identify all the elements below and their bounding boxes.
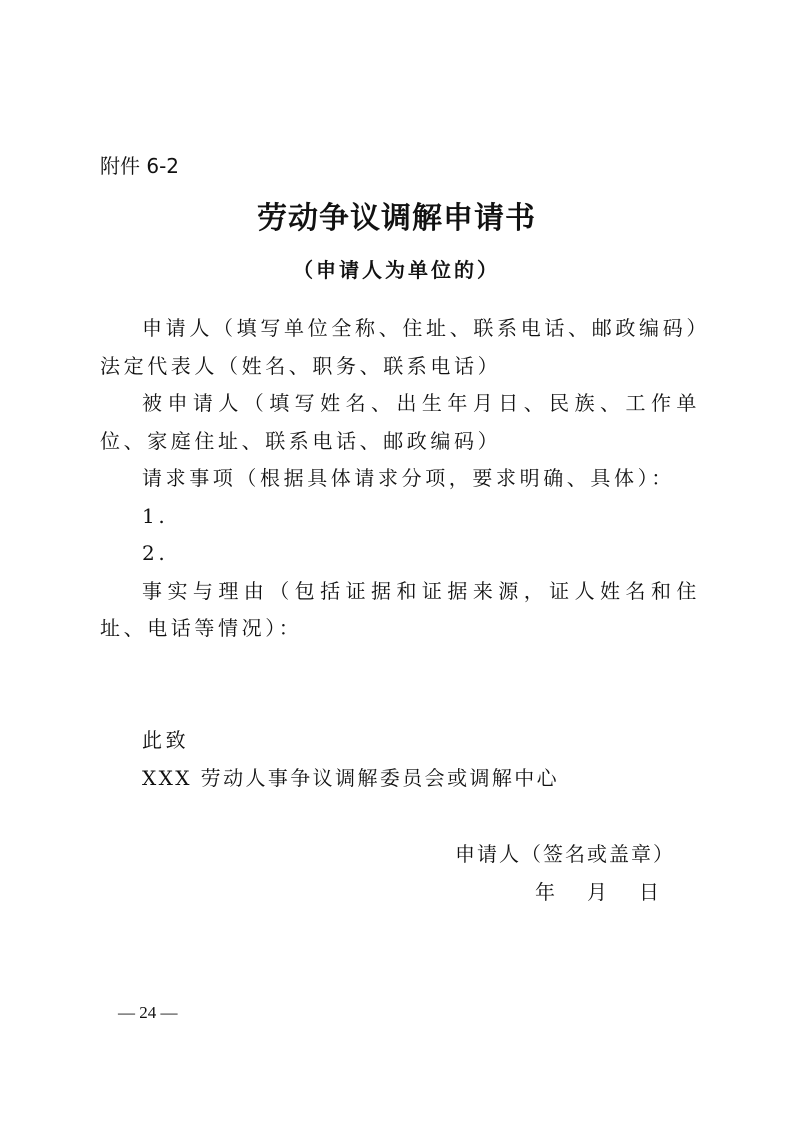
document-subtitle: （申请人为单位的） (0, 254, 793, 283)
claim-item-1: 1. (100, 498, 700, 536)
document-body: 申请人（填写单位全称、住址、联系电话、邮政编码）法定代表人（姓名、职务、联系电话… (100, 310, 700, 648)
page-number: — 24 — (118, 1003, 178, 1023)
closing-salutation: 此致 (142, 724, 189, 753)
respondent-paragraph: 被申请人（填写姓名、出生年月日、民族、工作单位、家庭住址、联系电话、邮政编码） (100, 385, 700, 460)
signature-date: 年 月 日 (535, 876, 665, 905)
applicant-paragraph: 申请人（填写单位全称、住址、联系电话、邮政编码）法定代表人（姓名、职务、联系电话… (100, 310, 700, 385)
facts-reasons-paragraph: 事实与理由（包括证据和证据来源，证人姓名和住址、电话等情况）： (100, 573, 700, 648)
attachment-label: 附件 6-2 (100, 150, 179, 179)
signature-applicant: 申请人（签名或盖章） (455, 838, 675, 867)
document-title: 劳动争议调解申请书 (0, 193, 793, 237)
claim-item-2: 2. (100, 535, 700, 573)
claims-paragraph: 请求事项（根据具体请求分项，要求明确、具体）： (100, 460, 700, 498)
document-page: 附件 6-2 劳动争议调解申请书 （申请人为单位的） 申请人（填写单位全称、住址… (0, 0, 793, 1122)
closing-recipient: XXX 劳动人事争议调解委员会或调解中心 (142, 762, 559, 791)
